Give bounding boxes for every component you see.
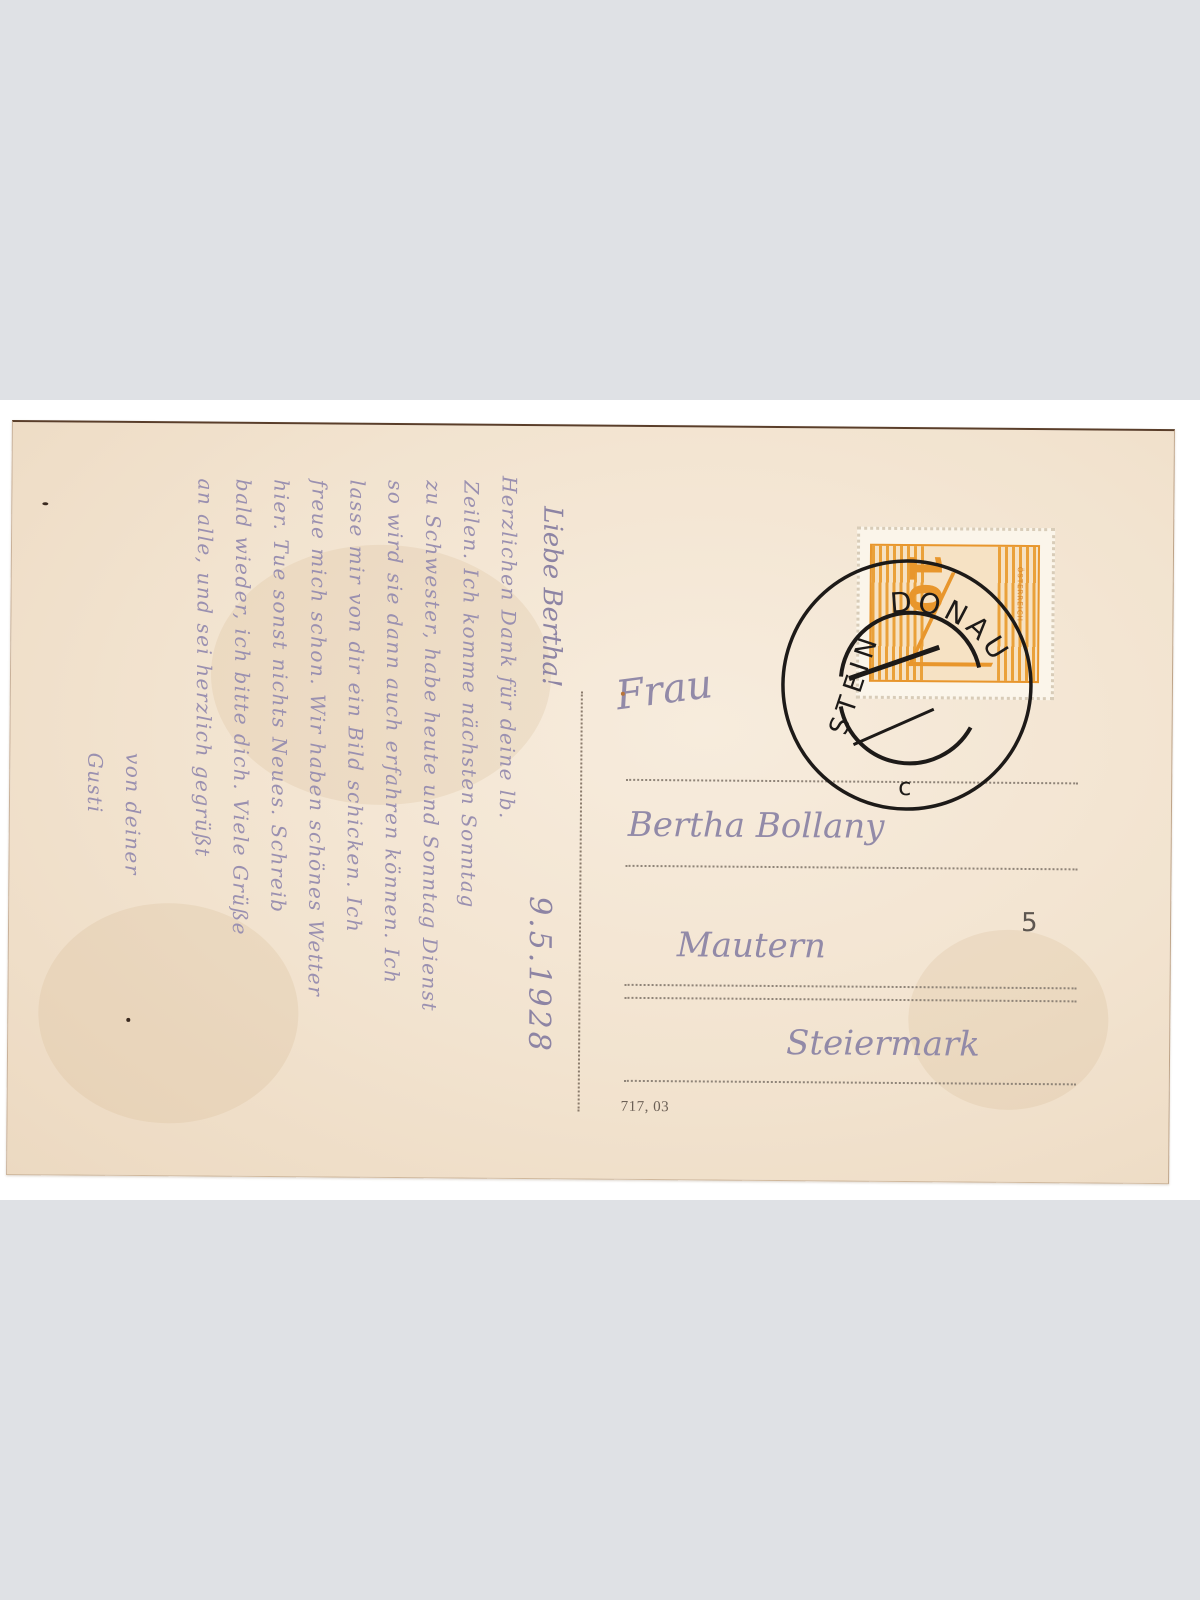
postmark-left-text: STEIN	[824, 629, 886, 739]
message-line: hier. Tue sonst nichts Neues. Schreib	[266, 479, 293, 914]
handwritten-message: Herzlichen Dank für deine lb. Zeilen. Ic…	[32, 452, 557, 1136]
message-line: an alle, und sei herzlich gegrüßt	[191, 478, 218, 857]
message-line: von deiner	[120, 753, 145, 876]
message-line: Gusti	[83, 753, 107, 814]
message-line: freue mich schon. Wir haben schönes Wett…	[303, 479, 331, 997]
message-line: lasse mir von dir ein Bild schicken. Ich	[342, 480, 370, 934]
message-line: Zeilen. Ich komme nächsten Sonntag	[456, 481, 483, 909]
message-line: bald wieder, ich bitte dich. Viele Grüße	[228, 479, 256, 936]
message-line: so wird sie dann auch erfahren können. I…	[380, 480, 408, 985]
paper-speck	[42, 502, 48, 505]
recipient-title: Frau	[613, 661, 715, 719]
letter-date: 9.5.1928	[521, 896, 557, 1054]
pencil-note: 5	[1021, 908, 1038, 938]
recipient-region: Steiermark	[786, 1023, 980, 1065]
message-line: zu Schwester, habe heute und Sonntag Die…	[417, 480, 445, 1012]
salutation: Liebe Bertha!	[536, 506, 567, 688]
postmark-circle: DONAU STEIN c	[778, 556, 1036, 814]
vertical-divider	[578, 691, 583, 1111]
message-line: Herzlichen Dank für deine lb.	[495, 476, 522, 820]
address-line	[626, 865, 1078, 871]
paper-speck	[126, 1018, 130, 1022]
postmark-letter: c	[898, 773, 911, 801]
paper-speck	[621, 692, 625, 696]
postmark: DONAU STEIN c	[778, 556, 1036, 814]
recipient-city: Mautern	[677, 925, 826, 966]
print-code: 717, 03	[621, 1099, 670, 1116]
postcard: Herzlichen Dank für deine lb. Zeilen. Ic…	[6, 420, 1175, 1184]
